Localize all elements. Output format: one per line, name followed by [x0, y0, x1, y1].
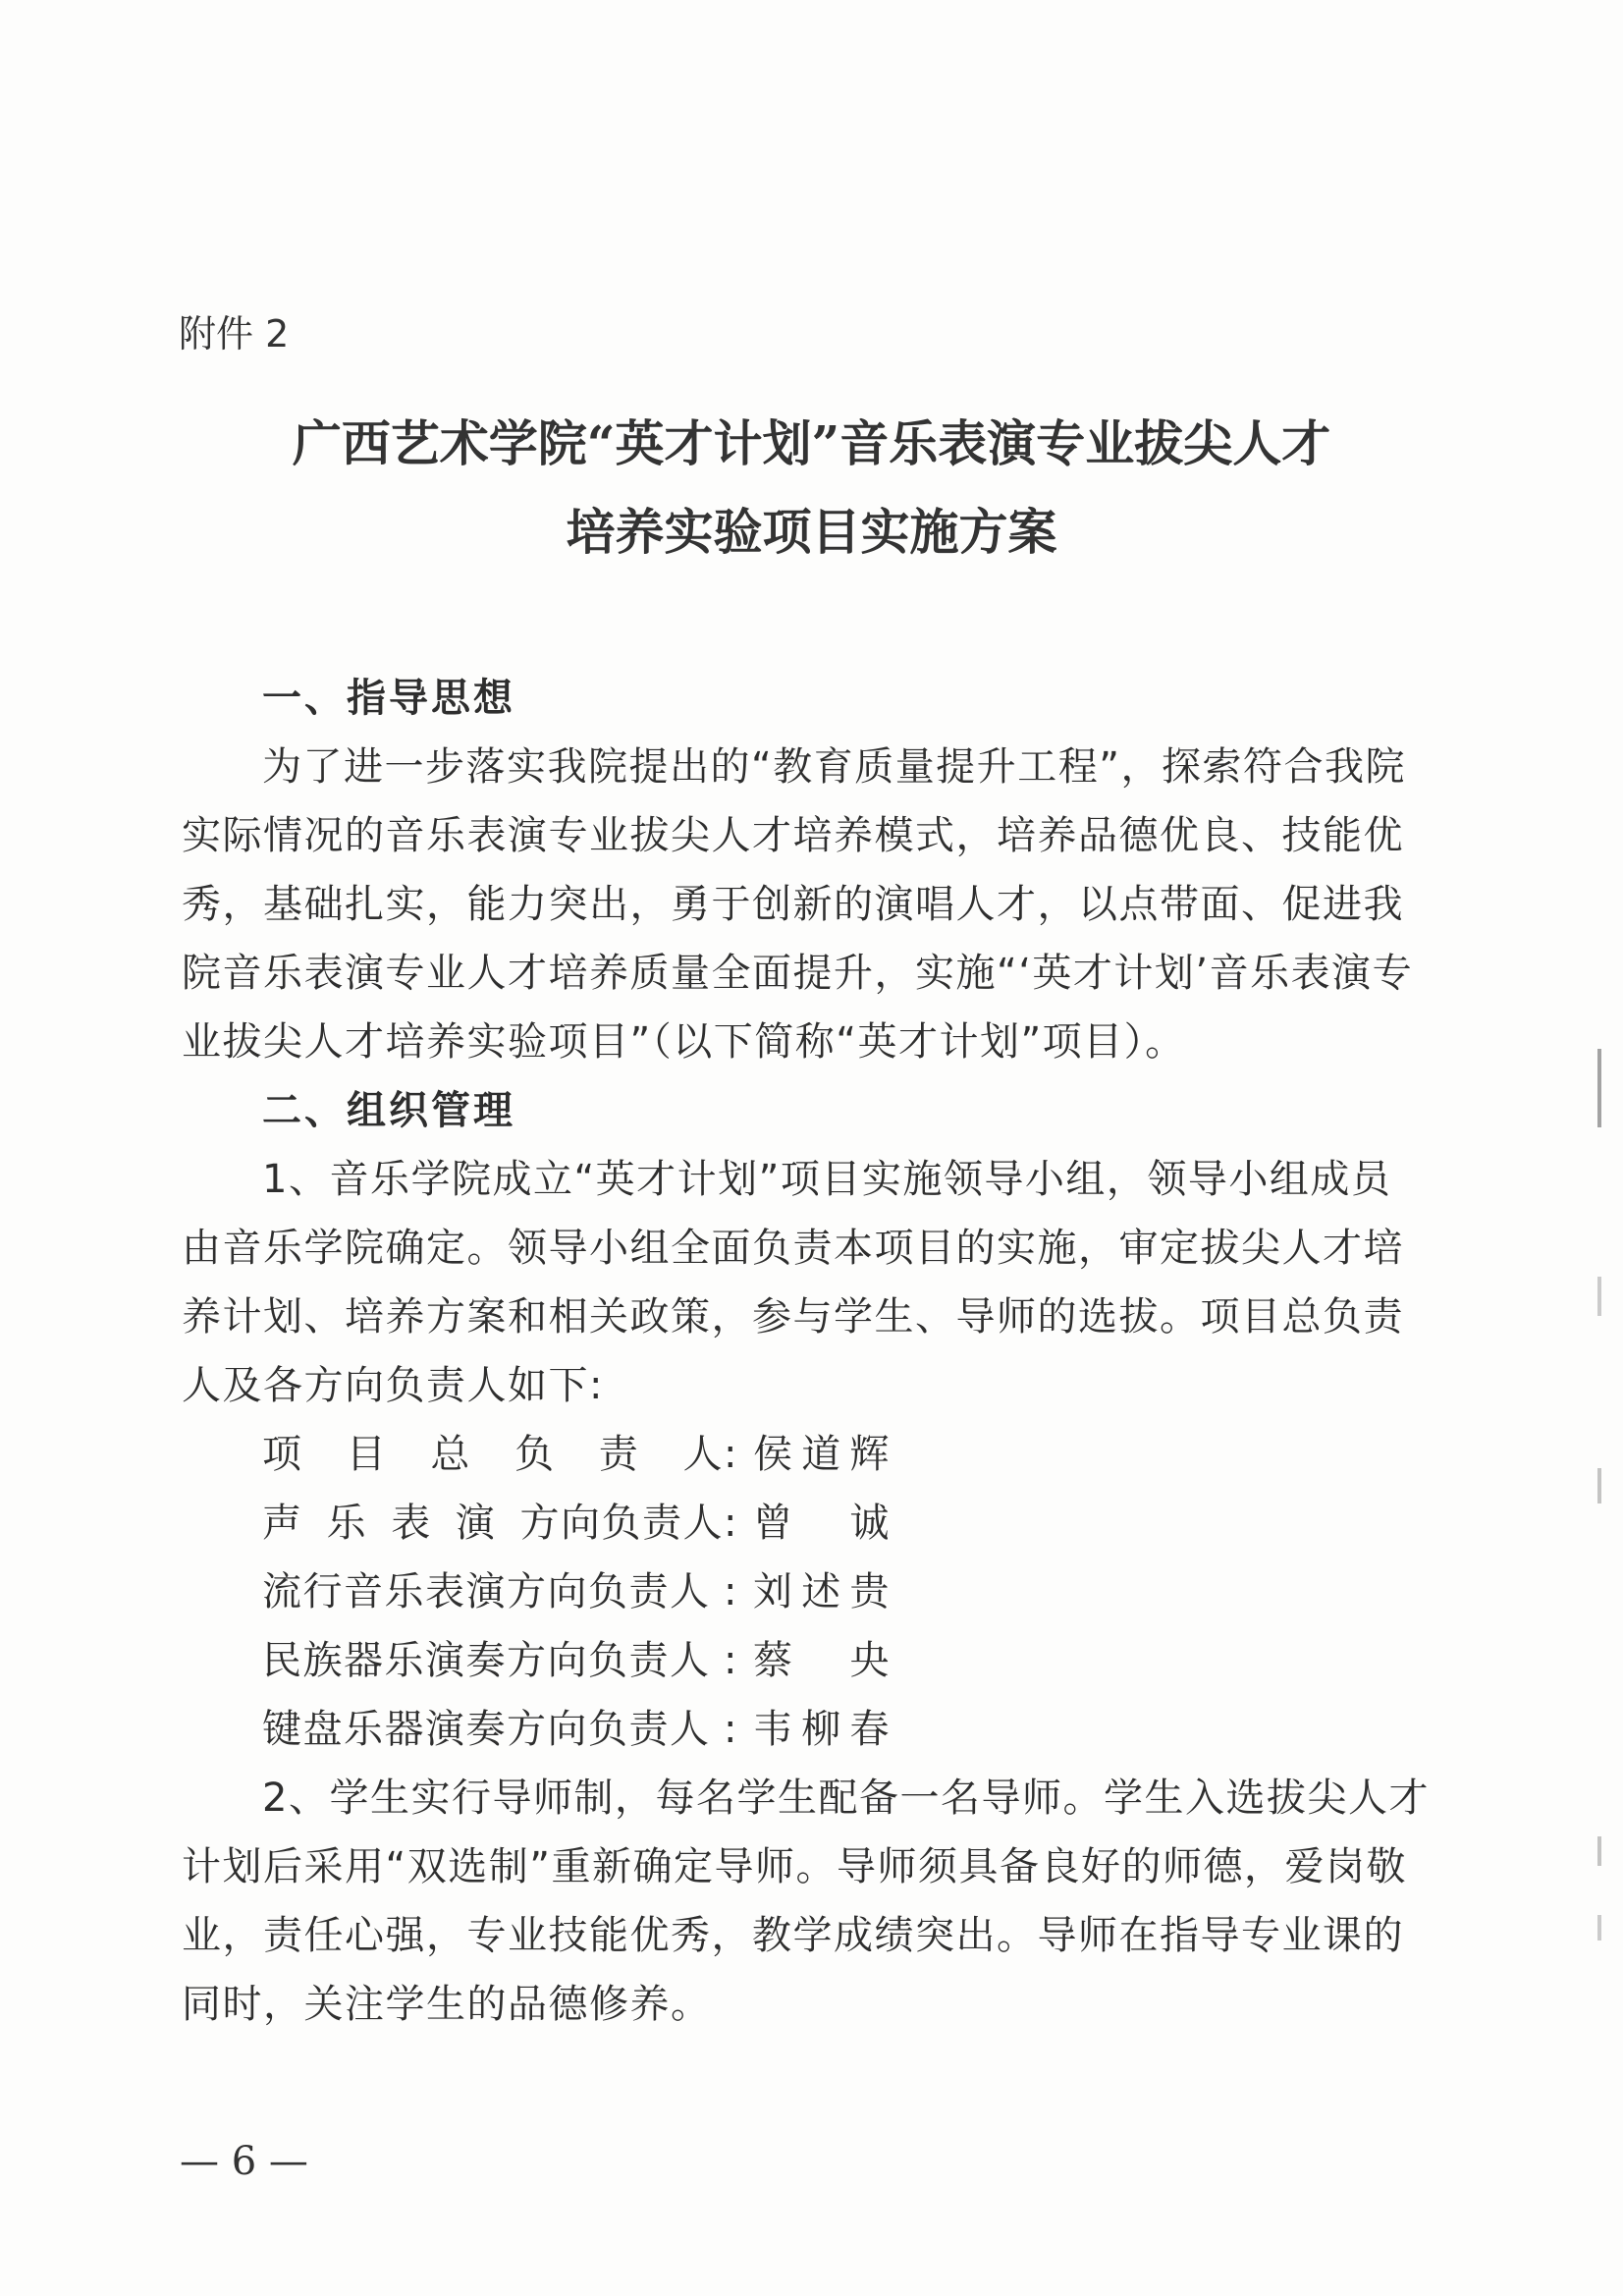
responsible-name: 刘 述 贵 [753, 1558, 891, 1626]
name-char: 辉 [850, 1420, 892, 1489]
document-body: 一、指导思想 为了进一步落实我院提出的“教育质量提升工程”，探索符合我院 实际情… [182, 664, 1414, 2039]
role-text: 流行音乐表演方向负责人 [262, 1558, 711, 1626]
name-char: 曾 [753, 1489, 794, 1558]
responsible-role: 民族器乐演奏方向负责人 [262, 1626, 724, 1695]
paragraph-line: 院音乐表演专业人才培养质量全面提升，实施“‘英才计划’音乐表演专 [182, 939, 1414, 1008]
name-char: 春 [850, 1695, 892, 1764]
role-char: 负 [514, 1420, 556, 1489]
role-char: 声 [262, 1489, 303, 1558]
paragraph-line: 由音乐学院确定。领导小组全面负责本项目的实施，审定拔尖人才培 [182, 1214, 1414, 1283]
paragraph-line: 养计划、培养方案和相关政策，参与学生、导师的选拔。项目总负责 [182, 1283, 1414, 1351]
paragraph-line: 秀，基础扎实，能力突出，勇于创新的演唱人才，以点带面、促进我 [182, 870, 1414, 939]
role-char: 乐 [327, 1489, 368, 1558]
responsible-name: 蔡 央 [753, 1626, 891, 1695]
responsible-person-row: 声 乐 表 演 方向负责人 : 曾 诚 [182, 1489, 1414, 1558]
role-char: 表 [391, 1489, 432, 1558]
responsible-person-row: 键盘乐器演奏方向负责人 : 韦 柳 春 [182, 1695, 1414, 1764]
section-heading-guiding-ideology: 一、指导思想 [182, 664, 1414, 733]
colon: : [724, 1626, 753, 1695]
role-char: 人 [682, 1420, 724, 1489]
responsible-role: 键盘乐器演奏方向负责人 [262, 1695, 724, 1764]
paragraph-line: 人及各方向负责人如下: [182, 1351, 1414, 1420]
page-number: — 6 — [180, 2137, 308, 2186]
colon: : [724, 1558, 753, 1626]
paragraph-line: 业，责任心强，专业技能优秀，教学成绩突出。导师在指导专业课的 [182, 1901, 1414, 1970]
role-text: 民族器乐演奏方向负责人 [262, 1626, 711, 1695]
scan-artifact [1597, 1468, 1601, 1503]
responsible-person-row: 民族器乐演奏方向负责人 : 蔡 央 [182, 1626, 1414, 1695]
name-char: 央 [850, 1626, 892, 1695]
document-page: 附件 2 广西艺术学院“英才计划”音乐表演专业拔尖人才 培养实验项目实施方案 一… [0, 0, 1623, 2296]
colon: : [724, 1489, 753, 1558]
section-heading-organization-management: 二、组织管理 [182, 1076, 1414, 1145]
name-char: 诚 [850, 1489, 892, 1558]
role-char: 方向负责人 [520, 1489, 725, 1558]
colon: : [724, 1695, 753, 1764]
paragraph-line: 业拔尖人才培养实验项目”（以下简称“英才计划”项目）。 [182, 1008, 1414, 1076]
name-char: 贵 [850, 1558, 892, 1626]
paragraph-line: 2、学生实行导师制，每名学生配备一名导师。学生入选拔尖人才 [182, 1764, 1414, 1832]
document-title-line-1: 广西艺术学院“英才计划”音乐表演专业拔尖人才 [39, 414, 1584, 473]
responsible-person-row: 流行音乐表演方向负责人 : 刘 述 贵 [182, 1558, 1414, 1626]
name-char: 柳 [801, 1695, 842, 1764]
role-text: 键盘乐器演奏方向负责人 [262, 1695, 711, 1764]
responsible-role: 声 乐 表 演 方向负责人 [262, 1489, 724, 1558]
name-char: 韦 [753, 1695, 794, 1764]
name-char: 侯 [753, 1420, 794, 1489]
responsible-person-row: 项 目 总 负 责 人 : 侯 道 辉 [182, 1420, 1414, 1489]
paragraph-line: 为了进一步落实我院提出的“教育质量提升工程”，探索符合我院 [182, 733, 1414, 801]
role-char: 责 [599, 1420, 640, 1489]
document-title-line-2: 培养实验项目实施方案 [0, 503, 1623, 562]
name-char: 刘 [753, 1558, 794, 1626]
responsible-role: 流行音乐表演方向负责人 [262, 1558, 724, 1626]
paragraph-line: 同时，关注学生的品德修养。 [182, 1970, 1414, 2039]
scan-artifact [1597, 1277, 1601, 1316]
attachment-label: 附件 2 [179, 312, 289, 355]
responsible-name: 曾 诚 [753, 1489, 891, 1558]
role-char: 演 [456, 1489, 497, 1558]
role-char: 目 [347, 1420, 388, 1489]
scan-artifact [1597, 1915, 1601, 1941]
colon: : [724, 1420, 753, 1489]
name-char: 述 [801, 1558, 842, 1626]
scan-artifact [1597, 1836, 1601, 1866]
responsible-name: 韦 柳 春 [753, 1695, 891, 1764]
name-char: 道 [801, 1420, 842, 1489]
scan-artifact [1597, 1049, 1601, 1127]
role-char: 项 [262, 1420, 303, 1489]
paragraph-line: 计划后采用“双选制”重新确定导师。导师须具备良好的师德，爱岗敬 [182, 1832, 1414, 1901]
name-char: 蔡 [753, 1626, 794, 1695]
role-char: 总 [430, 1420, 471, 1489]
responsible-name: 侯 道 辉 [753, 1420, 891, 1489]
responsible-role: 项 目 总 负 责 人 [262, 1420, 724, 1489]
paragraph-line: 实际情况的音乐表演专业拔尖人才培养模式，培养品德优良、技能优 [182, 801, 1414, 870]
paragraph-line: 1、音乐学院成立“英才计划”项目实施领导小组，领导小组成员 [182, 1145, 1414, 1214]
